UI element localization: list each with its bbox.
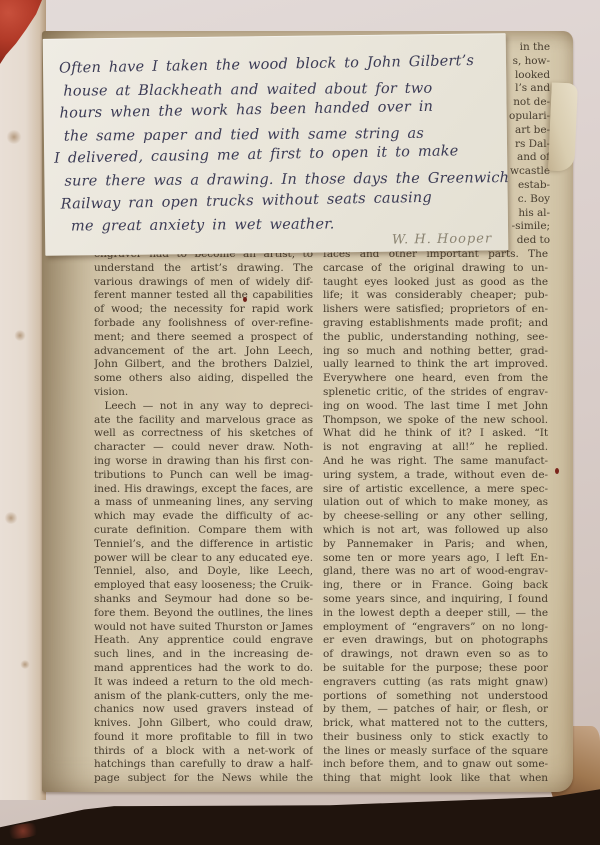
print-line: carcase of the original drawing to un- <box>323 262 548 276</box>
print-line: in the lowest depth a deeper still, — th… <box>323 607 548 621</box>
print-line: such lines, and in the increasing de- <box>94 648 313 662</box>
print-line: gland, there was no art of wood-engrav- <box>323 565 548 579</box>
handwriting-block: Often have I taken the wood block to Joh… <box>59 55 498 241</box>
foxing-spot <box>4 512 18 524</box>
print-line: Thompson, we spoke of the new school. <box>323 414 548 428</box>
print-fragment-line: and of <box>500 151 550 165</box>
print-line: some ten or more years ago, I left En- <box>323 552 548 566</box>
print-line: ing worse in drawing than his first con- <box>94 455 313 469</box>
print-line: the lines or measly surface of the squar… <box>323 745 548 759</box>
red-speck <box>555 468 559 474</box>
red-speck <box>243 297 247 302</box>
print-line: character — could never draw. Noth- <box>94 441 313 455</box>
print-line: vision. <box>94 386 313 400</box>
page-dogear <box>548 82 578 171</box>
print-line: hatchings than carefully to draw a half- <box>94 758 313 772</box>
flyleaf-edge <box>0 0 46 800</box>
print-line: inch before them, and to gnaw out some- <box>323 758 548 772</box>
print-line: engravers cutting (as rats might gnaw) <box>323 676 548 690</box>
print-line: brick, what mattered not to the cutters, <box>323 717 548 731</box>
print-line: employed that easy looseness; the Cruik- <box>94 579 313 593</box>
foxing-spot <box>14 330 26 341</box>
print-line: would not have suited Thurston or James <box>94 621 313 635</box>
print-line: power will be clear to any educated eye. <box>94 552 313 566</box>
print-line: employment of “engravers” on no long- <box>323 621 548 635</box>
print-fragment-line: s, how- <box>500 55 550 69</box>
print-line: Leech — not in any way to depreci- <box>94 400 313 414</box>
print-line: various drawings of men of widely dif- <box>94 276 313 290</box>
print-line: tributions to Punch can well be imag- <box>94 469 313 483</box>
print-fragment-line: rs Dal- <box>500 138 550 152</box>
print-line: anism of the plank-cutters, only the me- <box>94 690 313 704</box>
print-line: advancement of the art. John Leech, <box>94 345 313 359</box>
print-line: Tenniel, also, and Doyle, like Leech, <box>94 565 313 579</box>
print-line: of drawings, not drawn even so as to <box>323 648 548 662</box>
print-line: taught eyes looked just as good as the <box>323 276 548 290</box>
print-line: sire of artistic excellence, a mere spec… <box>323 483 548 497</box>
print-line: life; it was considerably cheaper; pub- <box>323 289 548 303</box>
print-line: uring system, a trade, without even de- <box>323 469 548 483</box>
print-line: thirds of a block with a net-work of cro… <box>94 745 313 759</box>
print-line: shanks and Seymour had done so be- <box>94 593 313 607</box>
print-line: ment; and there seemed a prospect of the <box>94 331 313 345</box>
print-line: lishers were satisfied; proprietors of e… <box>323 303 548 317</box>
print-line: ually learned to think the art improved. <box>323 358 548 372</box>
pasted-handwritten-note: Often have I taken the wood block to Joh… <box>43 33 509 256</box>
print-line: Tenniel’s, and the difference in artisti… <box>94 538 313 552</box>
print-line: page subject for the News while the <box>94 772 313 786</box>
print-line: What did he think of it? I asked. “It <box>323 427 548 441</box>
print-line: ferent manner tested all the capabilitie… <box>94 289 313 303</box>
print-line: by them, — patches of hair, or flesh, or <box>323 703 548 717</box>
print-column-right: faces and other important parts. Thecarc… <box>323 248 548 786</box>
print-line: And he was right. The same manufact- <box>323 455 548 469</box>
print-line: found it more profitable to fill in two <box>94 731 313 745</box>
book-photograph: engraver had to become an artist, tounde… <box>0 0 600 845</box>
print-line: ulation out of which to make money, as <box>323 496 548 510</box>
print-line: is not engraving at all!” he replied. <box>323 441 548 455</box>
print-line: the public, understanding nothing, see- <box>323 331 548 345</box>
print-line: ined. His drawings, except the faces, ar… <box>94 483 313 497</box>
print-fragment-line: art be- <box>500 124 550 138</box>
print-line: ing so much and nothing better, grad- <box>323 345 548 359</box>
print-line: well as correctness of his sketches of <box>94 427 313 441</box>
print-line: their business only to stick exactly to <box>323 731 548 745</box>
print-line: er even drawings, but on photographs <box>323 634 548 648</box>
note-signature: W. H. Hooper <box>392 231 492 247</box>
handwritten-line: Often have I taken the wood block to Joh… <box>59 53 496 84</box>
print-line: Heath. Any apprentice could engrave <box>94 634 313 648</box>
print-line: of wood; the necessity for rapid work <box>94 303 313 317</box>
print-line: graving establishments made profit; and <box>323 317 548 331</box>
print-line: understand the artist’s drawing. The <box>94 262 313 276</box>
print-line: thing that might look like that when <box>323 772 548 786</box>
print-line: John Gilbert, and the brothers Dalziel, <box>94 358 313 372</box>
print-line: chanics now used gravers instead of <box>94 703 313 717</box>
foxing-spot <box>20 660 30 669</box>
print-line: mand apprentices had the work to do. <box>94 662 313 676</box>
print-line: splenetic critic, of the strides of engr… <box>323 386 548 400</box>
print-line: curate definition. Compare them with <box>94 524 313 538</box>
print-line: some years since, and inquiring, I found <box>323 593 548 607</box>
print-line: by Pannemaker in Paris; and when, <box>323 538 548 552</box>
print-line: It was indeed a return to the old mech- <box>94 676 313 690</box>
print-line: ing, there or in France. Going back <box>323 579 548 593</box>
print-line: which may evade the difficulty of ac- <box>94 510 313 524</box>
print-fragment-line: in the <box>500 41 550 55</box>
print-line: by cheese-selling or any other selling, <box>323 510 548 524</box>
print-line: which is not art, was followed up also <box>323 524 548 538</box>
print-line: portions of something not understood <box>323 690 548 704</box>
print-line: forbade any foolishness of over-refine- <box>94 317 313 331</box>
print-line: Everywhere one heard, even from the <box>323 372 548 386</box>
foxing-spot <box>6 130 22 144</box>
print-fragment-line: not de- <box>500 96 550 110</box>
print-line: a mass of unmeaning lines, any serving <box>94 496 313 510</box>
print-column-left: engraver had to become an artist, tounde… <box>94 248 313 786</box>
print-line: knives. John Gilbert, who could draw, <box>94 717 313 731</box>
print-fragment-line: looked <box>500 69 550 83</box>
print-line: ing on wood. The last time I met John <box>323 400 548 414</box>
print-line: be suitable for the purpose; these poor <box>323 662 548 676</box>
print-fragment-line: l’s and <box>500 82 550 96</box>
print-fragment-line: opulari- <box>500 110 550 124</box>
print-line: some others also aiding, dispelled the <box>94 372 313 386</box>
print-line: fore them. Beyond the outlines, the line… <box>94 607 313 621</box>
print-line: ate the facility and marvelous grace as <box>94 414 313 428</box>
